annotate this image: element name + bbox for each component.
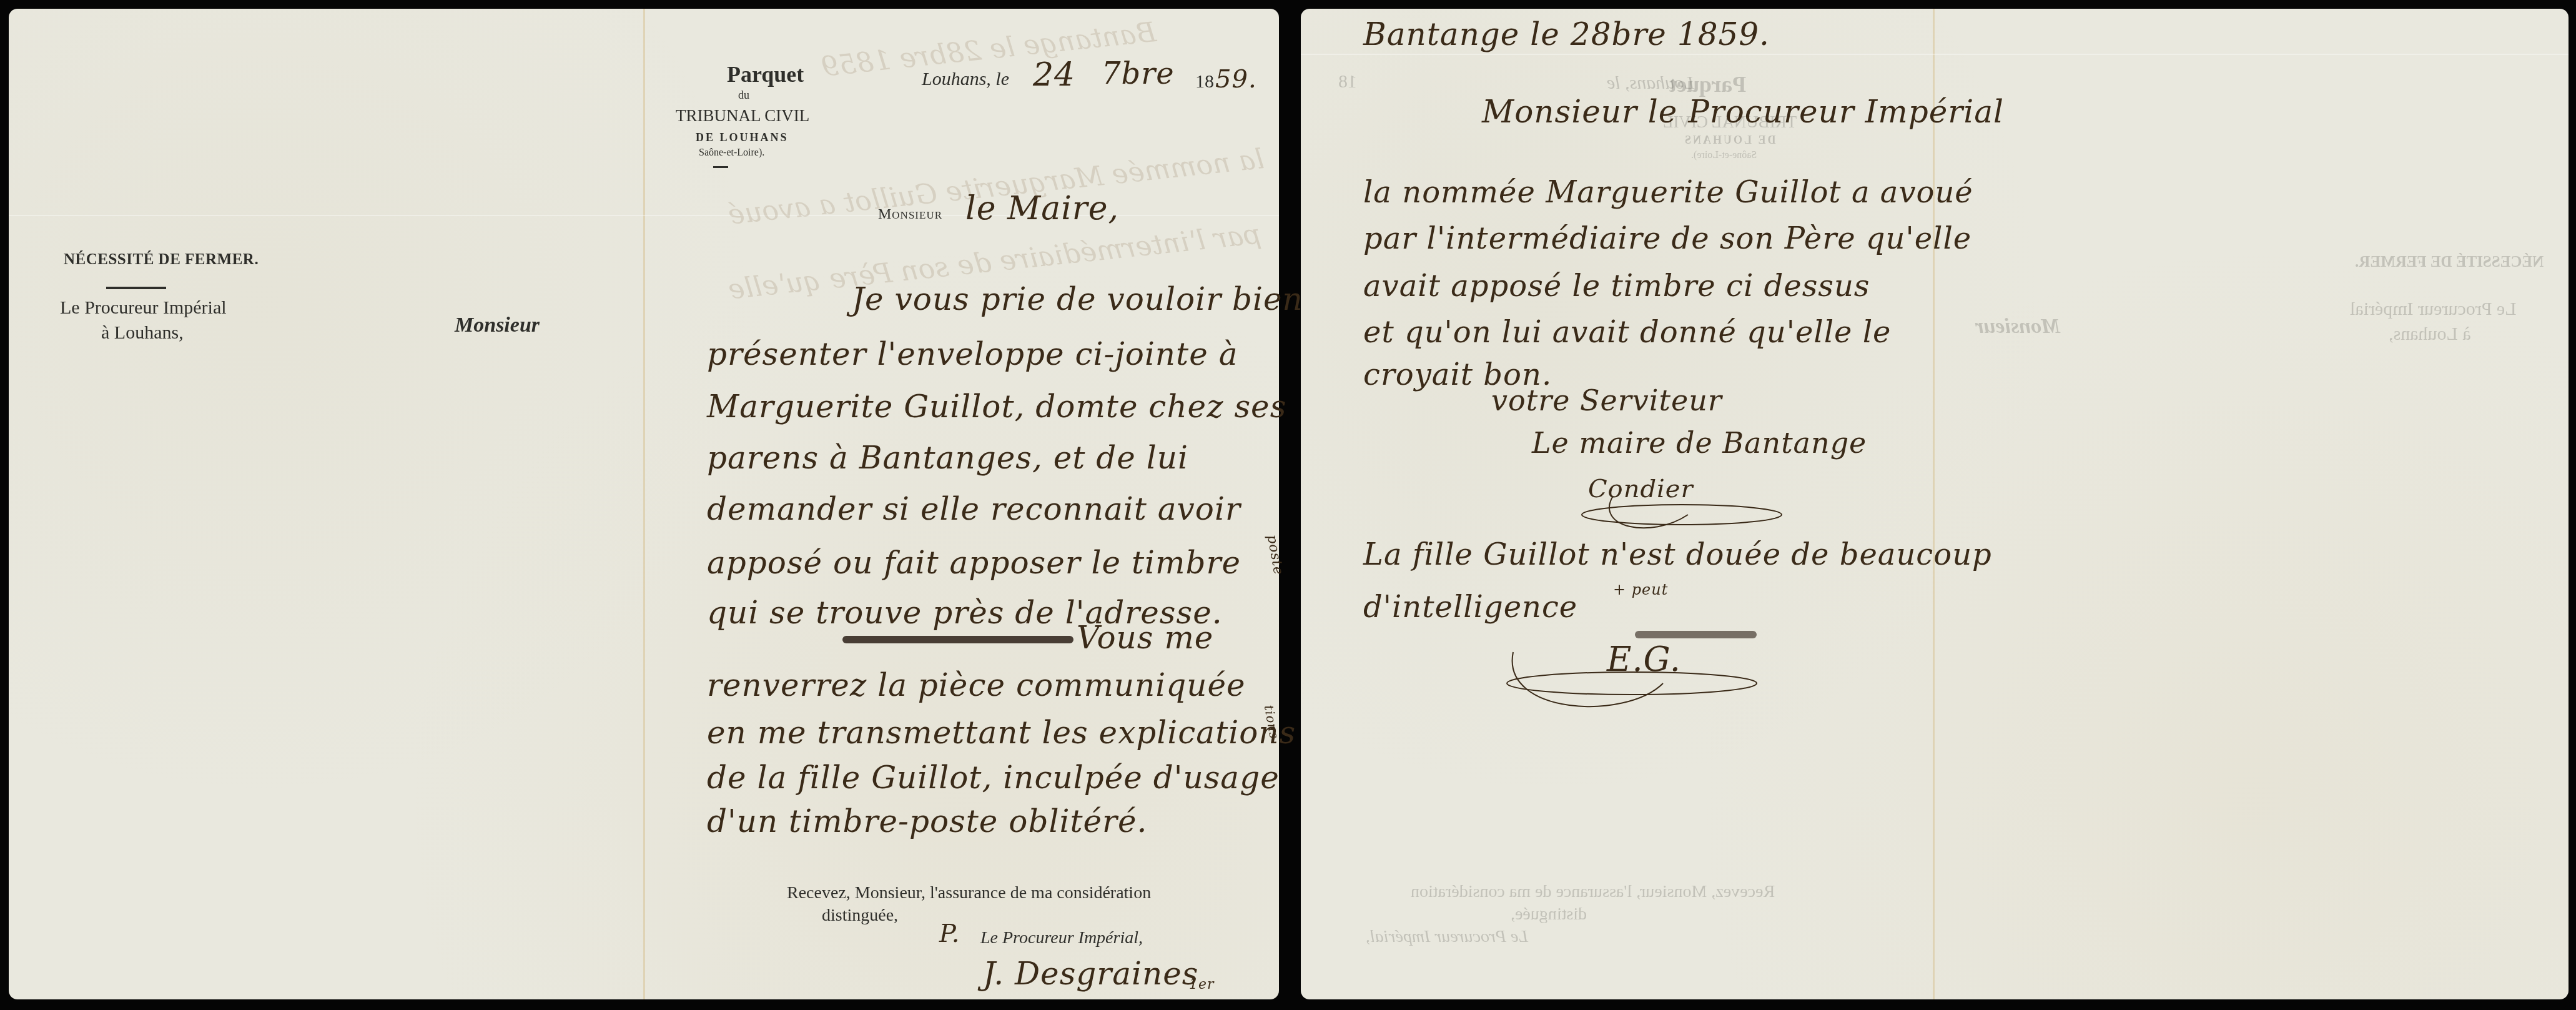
closing-line-1: Recevez, Monsieur, l'assurance de ma con… — [787, 883, 1151, 903]
body-line: Vous me — [1077, 620, 1213, 656]
ghost-louhans: DE LOUHANS — [1683, 134, 1776, 147]
dateline-day: 24 — [1033, 56, 1075, 94]
signature-suffix: 1er — [1189, 977, 1215, 993]
body-line: renverrez la pièce communiquée — [707, 667, 1246, 703]
postscript-line-2: d'intelligence — [1363, 590, 1577, 625]
body-line: parens à Bantanges, et de lui — [707, 440, 1188, 476]
letterhead-louhans: DE LOUHANS — [696, 131, 789, 144]
ghost-sender-1: Le Procureur Impérial — [2350, 299, 2517, 320]
ghost-addressee: Monsieur — [1975, 315, 2060, 339]
body-line: présenter l'enveloppe ci-jointe à — [707, 336, 1238, 372]
dateline-year-printed: 18 — [1195, 71, 1214, 92]
reply-salutation: Monsieur le Procureur Impérial — [1482, 94, 2004, 130]
letterhead-parquet: Parquet — [727, 61, 804, 87]
left-sheet: NÉCESSITÉ DE FERMER. Le Procureur Impéri… — [9, 9, 1279, 999]
body-line: apposé ou fait apposer le timbre — [707, 545, 1241, 581]
ghost-outer-heading: NÉCESSITÉ DE FERMER. — [2355, 254, 2544, 271]
struck-out-word — [842, 636, 1073, 643]
letterhead-rule — [713, 166, 728, 168]
letterhead-department: Saône-et-Loire). — [699, 147, 764, 159]
letterhead-du: du — [738, 89, 749, 102]
horizontal-crease — [1301, 54, 2569, 55]
body-line: en me transmettant les explications — [707, 715, 1296, 751]
ghost-department: Saône-et-Loire). — [1691, 150, 1757, 161]
postscript-line-1: La fille Guillot n'est douée de beaucoup — [1363, 537, 1992, 572]
reply-line: par l'intermédiaire de son Père qu'elle — [1363, 221, 1971, 256]
closing-prefix: P. — [939, 919, 960, 948]
ghost-dateline: Louhans, le — [1607, 72, 1694, 94]
ghost-closing-title: Le Procureur Impérial, — [1366, 927, 1528, 947]
reply-line: avait apposé le timbre ci dessus — [1363, 269, 1870, 304]
fold-line — [1933, 9, 1935, 999]
fold-line — [643, 9, 645, 999]
struck-out-text — [1635, 631, 1757, 638]
dateline-year-hand: 59. — [1215, 65, 1257, 94]
letterhead-tribunal: TRIBUNAL CIVIL — [676, 106, 809, 126]
body-line: d'un timbre-poste oblitéré. — [707, 803, 1147, 839]
sender-line-1: Le Procureur Impérial — [60, 297, 227, 319]
outer-addressee: Monsieur — [455, 314, 540, 337]
reply-dateline: Bantange le 28bre 1859. — [1363, 16, 1770, 52]
ghost-closing-2: distinguée, — [1511, 904, 1587, 924]
body-line: Je vous prie de vouloir bien — [852, 281, 1303, 317]
signature: J. Desgraines — [983, 956, 1198, 992]
ghost-year: 18 — [1338, 71, 1357, 92]
signature-flourish-icon — [1576, 490, 1788, 540]
outer-heading: NÉCESSITÉ DE FERMER. — [64, 251, 259, 269]
reply-closing-1: votre Serviteur — [1491, 384, 1722, 417]
right-sheet: Parquet Louhans, le 18 TRIBUNAL CIVIL DE… — [1301, 9, 2569, 999]
sender-line-2: à Louhans, — [101, 322, 184, 344]
reply-line: la nommée Marguerite Guillot a avoué — [1363, 175, 1973, 210]
reply-closing-2: Le maire de Bantange — [1532, 426, 1867, 460]
divider-rule — [106, 287, 166, 289]
dateline-month: 7bre — [1102, 56, 1175, 91]
body-line: de la fille Guillot, inculpée d'usage — [707, 760, 1280, 796]
closing-title: Le Procureur Impérial, — [980, 928, 1143, 948]
dateline-printed: Louhans, le — [922, 69, 1009, 90]
postscript-insert: + peut — [1613, 581, 1668, 598]
paraph-flourish-icon — [1501, 646, 1763, 721]
closing-line-2: distinguée, — [822, 906, 898, 926]
body-line: Marguerite Guillot, domte chez ses — [707, 389, 1286, 425]
body-line: demander si elle reconnait avoir — [707, 491, 1241, 527]
margin-insert: poste — [1264, 533, 1286, 577]
ghost-closing-1: Recevez, Monsieur, l'assurance de ma con… — [1411, 882, 1775, 902]
reply-line: et qu'on lui avait donné qu'elle le — [1363, 315, 1891, 350]
ghost-sender-2: à Louhans, — [2389, 324, 2471, 345]
